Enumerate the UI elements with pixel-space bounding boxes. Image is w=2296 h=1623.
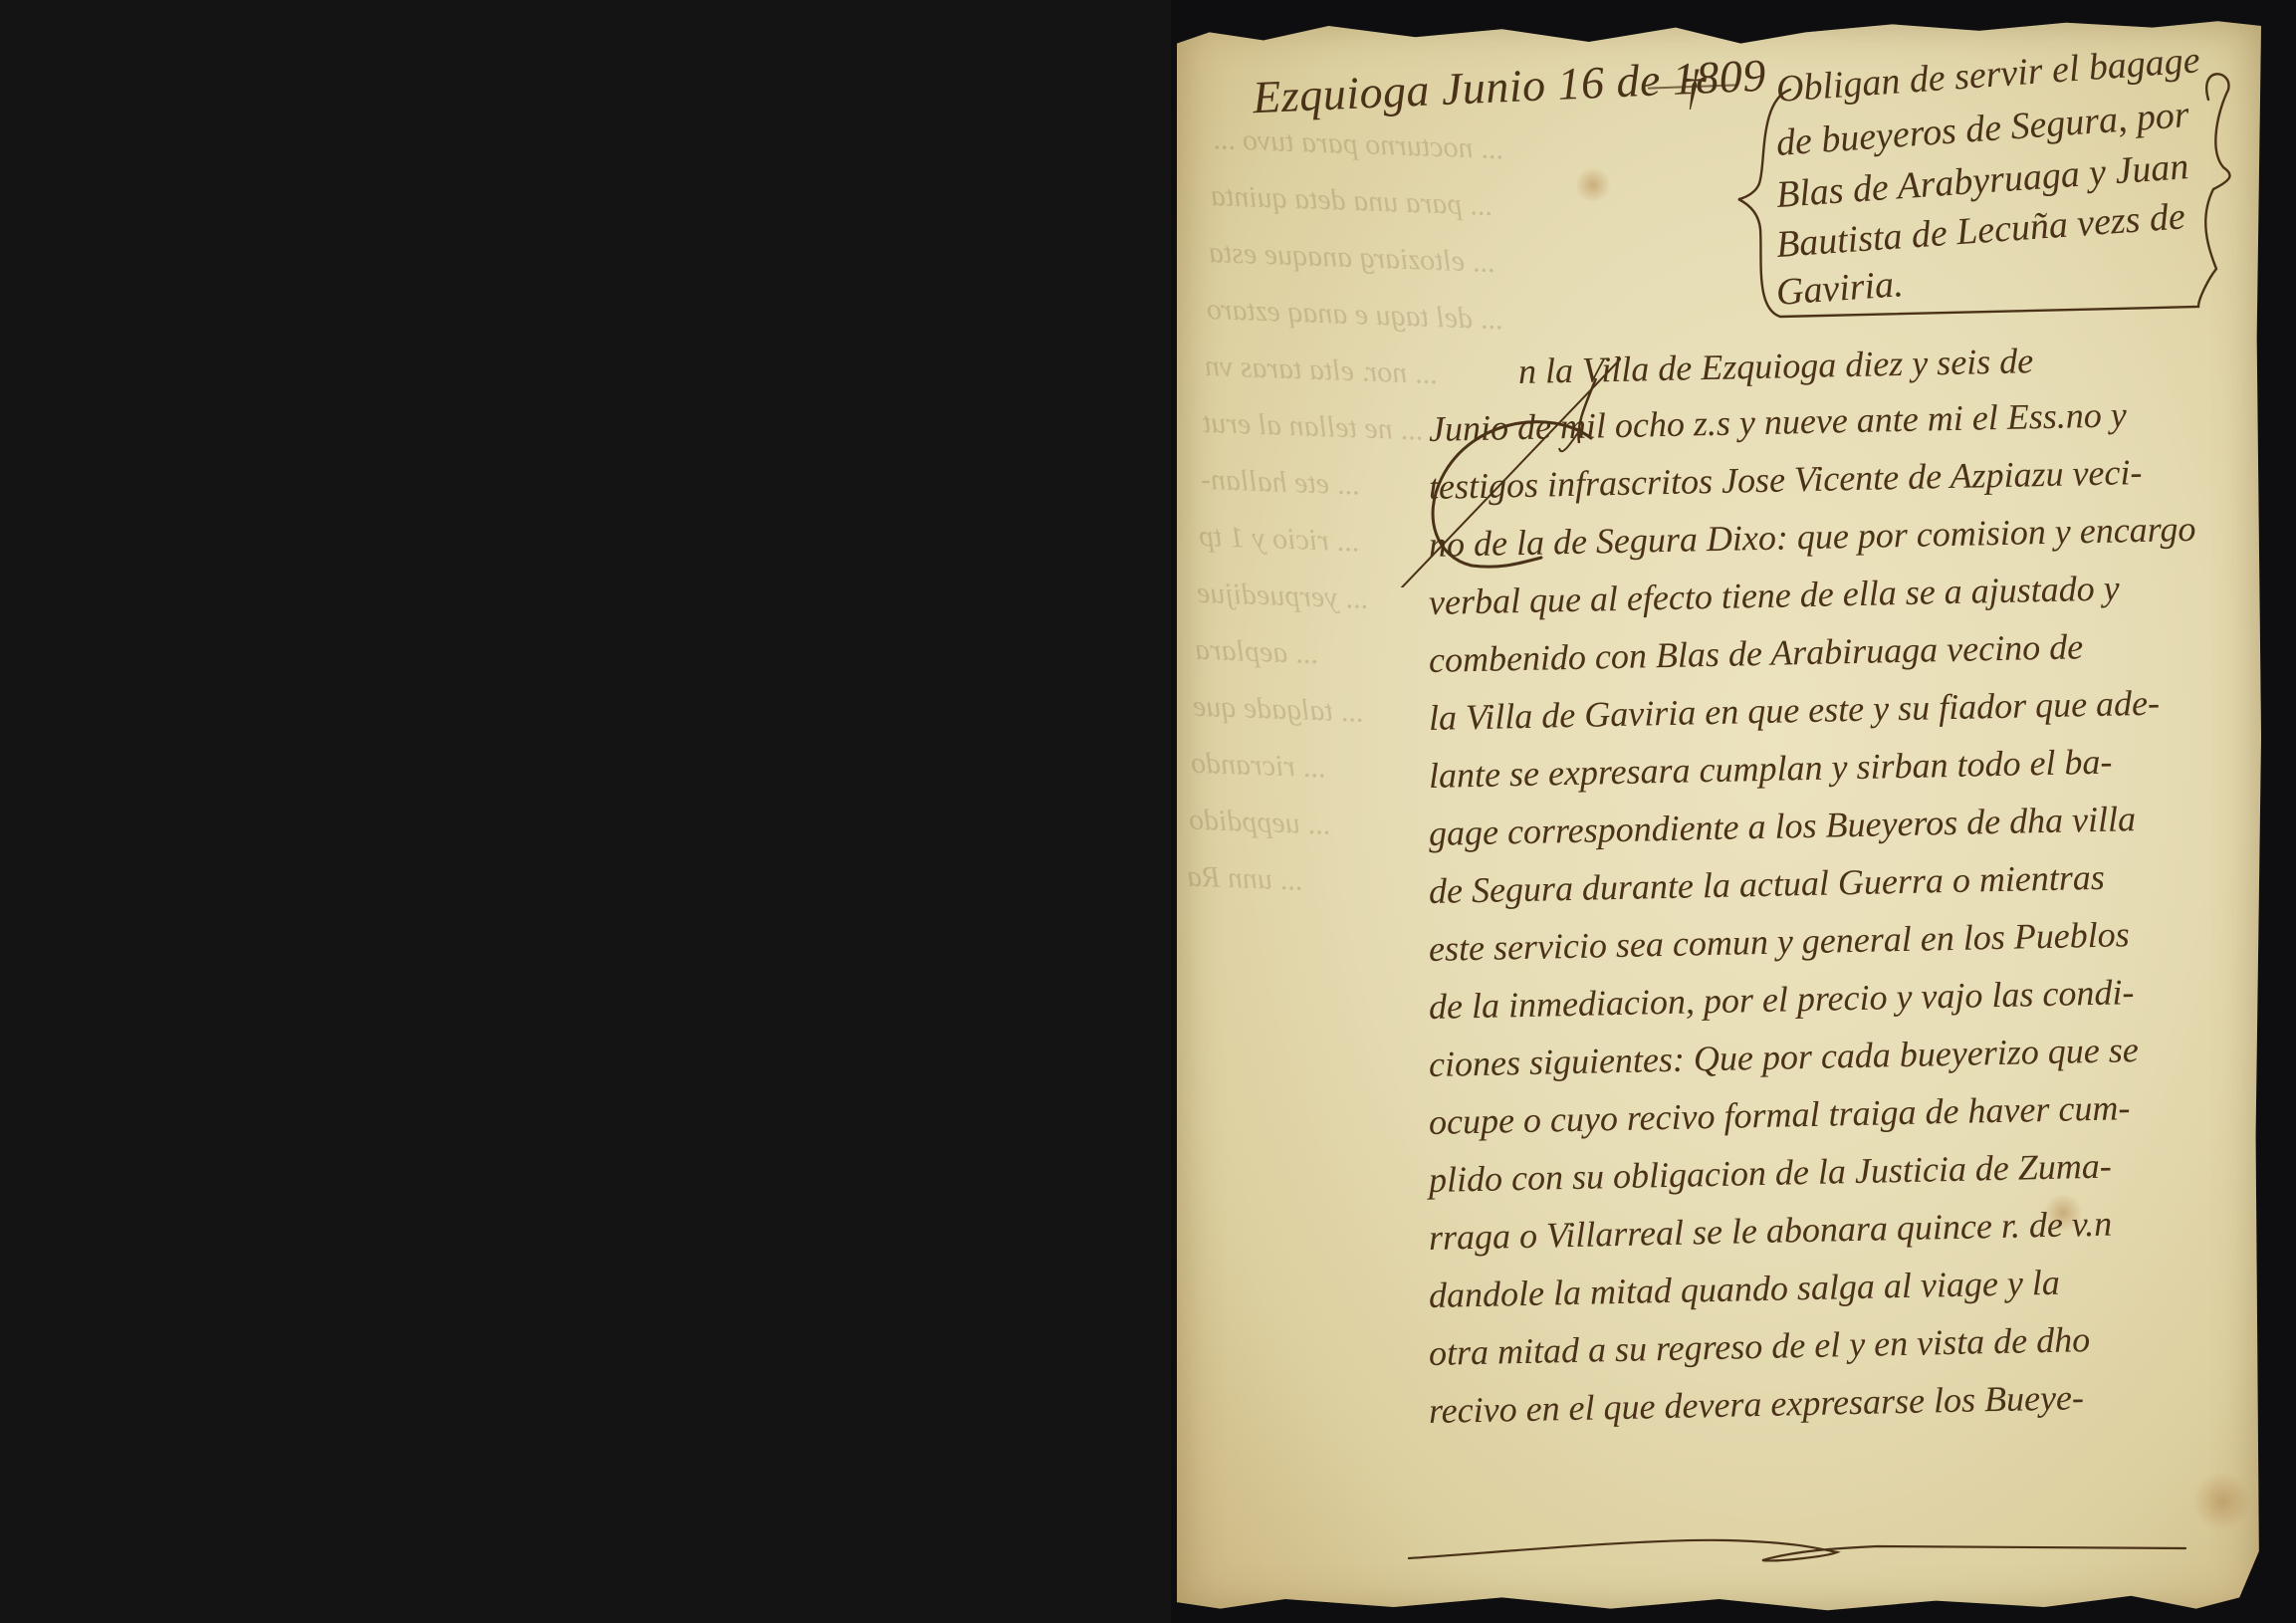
cross-mark-icon: † (1681, 58, 1706, 116)
ink-stain (2192, 1472, 2252, 1531)
closing-flourish (1399, 1528, 2195, 1572)
pen-flourish-icon (1399, 1528, 2195, 1568)
summary-line: Gaviria. (1774, 262, 1904, 315)
summary-note: Obligan de servir el bagage de bueyeros … (1760, 60, 2208, 314)
